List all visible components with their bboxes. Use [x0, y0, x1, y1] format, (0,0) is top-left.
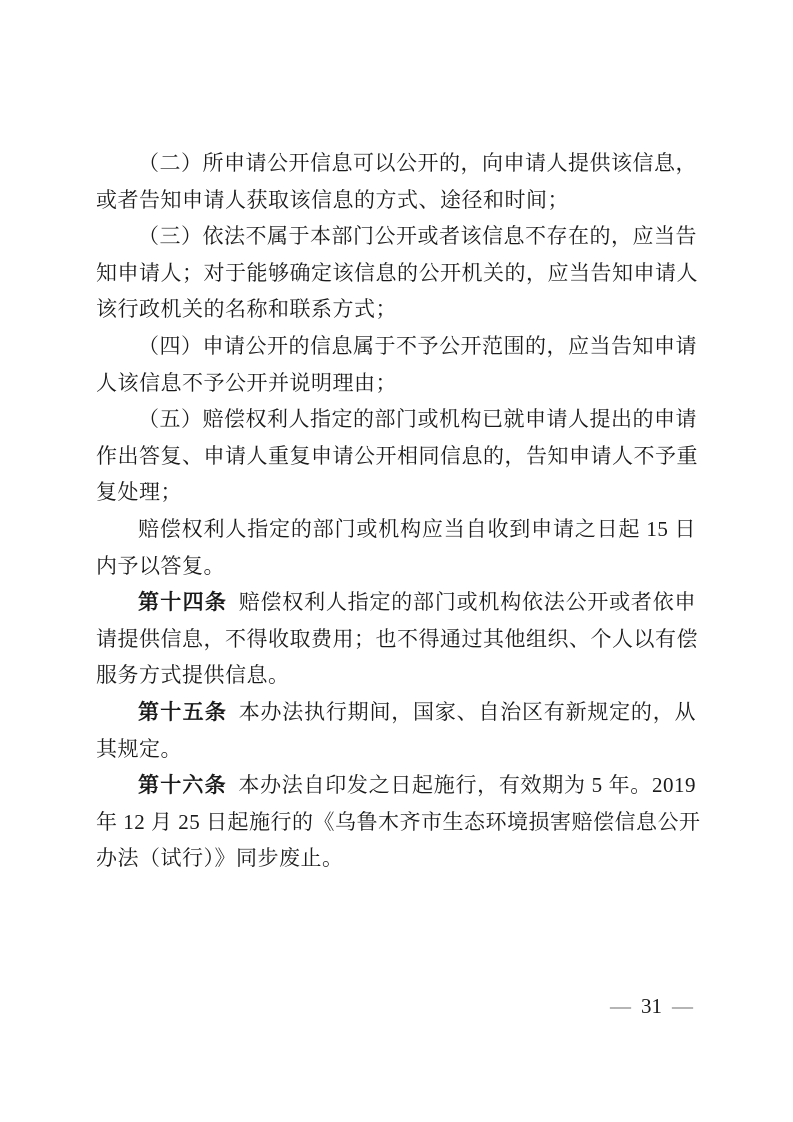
document-page: （二）所申请公开信息可以公开的，向申请人提供该信息，或者告知申请人获取该信息的方… — [0, 0, 793, 1122]
text-line: 内予以答复。 — [96, 548, 696, 585]
text-line: 服务方式提供信息。 — [96, 657, 696, 694]
document-body: （二）所申请公开信息可以公开的，向申请人提供该信息，或者告知申请人获取该信息的方… — [96, 145, 696, 877]
text-line: 复处理； — [96, 474, 696, 511]
text-line: （二）所申请公开信息可以公开的，向申请人提供该信息， — [96, 145, 696, 182]
text-line: 该行政机关的名称和联系方式； — [96, 291, 696, 328]
text-line: 人该信息不予公开并说明理由； — [96, 365, 696, 402]
text-line: （三）依法不属于本部门公开或者该信息不存在的，应当告 — [96, 218, 696, 255]
article-number-label: 第十四条 — [138, 591, 227, 614]
text-line: 年 12 月 25 日起施行的《乌鲁木齐市生态环境损害赔偿信息公开 — [96, 804, 696, 841]
text-line: 请提供信息，不得收取费用；也不得通过其他组织、个人以有偿 — [96, 621, 696, 658]
text-line: 其规定。 — [96, 731, 696, 768]
article-number-label: 第十六条 — [138, 774, 227, 797]
text-line: （五）赔偿权利人指定的部门或机构已就申请人提出的申请 — [96, 401, 696, 438]
text-line: （四）申请公开的信息属于不予公开范围的，应当告知申请 — [96, 328, 696, 365]
text-line: 第十六条本办法自印发之日起施行，有效期为 5 年。2019 — [96, 767, 696, 804]
page-footer: —31— — [610, 991, 693, 1021]
footer-dash-right: — — [672, 994, 693, 1018]
text-line: 知申请人；对于能够确定该信息的公开机关的，应当告知申请人 — [96, 255, 696, 292]
article-number-label: 第十五条 — [138, 701, 227, 724]
text-line: 第十四条赔偿权利人指定的部门或机构依法公开或者依申 — [96, 584, 696, 621]
text-line: 或者告知申请人获取该信息的方式、途径和时间； — [96, 182, 696, 219]
text-line: 第十五条本办法执行期间，国家、自治区有新规定的，从 — [96, 694, 696, 731]
text-line: 办法（试行）》同步废止。 — [96, 840, 696, 877]
footer-dash-left: — — [610, 994, 631, 1018]
text-line: 作出答复、申请人重复申请公开相同信息的，告知申请人不予重 — [96, 438, 696, 475]
text-line: 赔偿权利人指定的部门或机构应当自收到申请之日起 15 日 — [96, 511, 696, 548]
page-number: 31 — [641, 994, 662, 1018]
